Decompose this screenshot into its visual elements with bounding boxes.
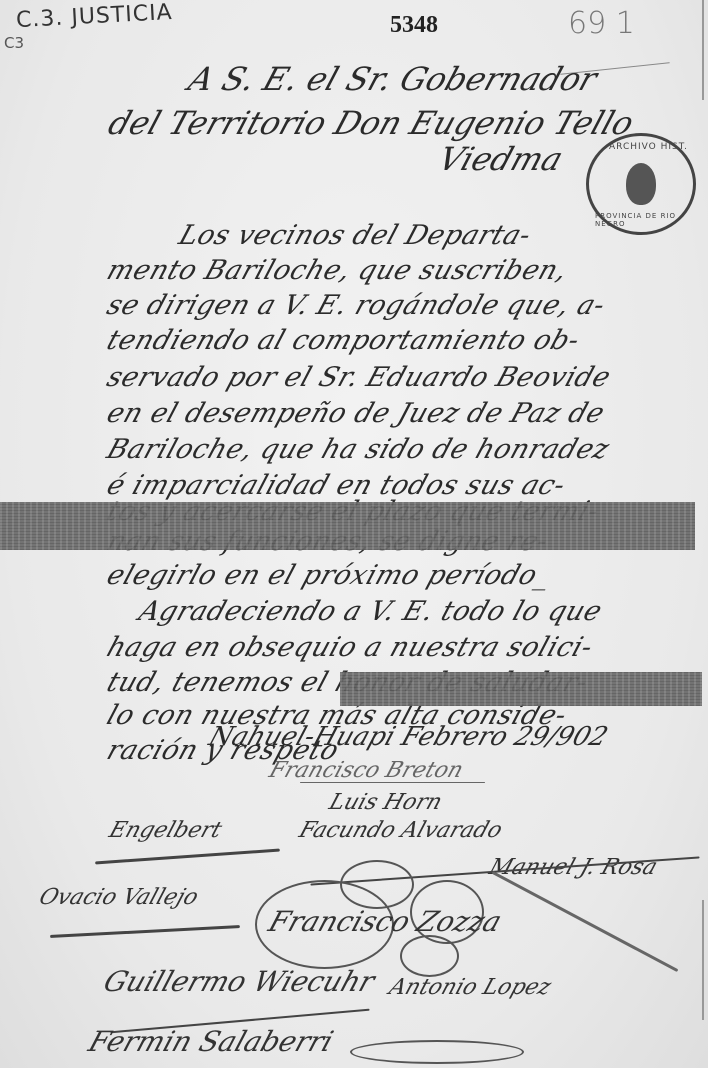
seal-top-text: ARCHIVO HIST. — [609, 142, 688, 152]
archive-category-label: C.3. JUSTICIA — [15, 0, 173, 33]
signature: Antonio Lopez — [386, 975, 554, 1000]
signature-flourish — [95, 849, 280, 865]
document-number: 5348 — [390, 12, 438, 39]
body-line: Agradeciendo a V. E. todo lo que — [135, 596, 606, 627]
signature: Luis Horn — [326, 790, 445, 815]
body-line: se dirigen a V. E. rogándole que, a- — [103, 290, 609, 321]
signature-flourish-loop — [340, 860, 414, 909]
body-line: tendiendo al comportamiento ob- — [103, 325, 584, 356]
signature: Engelbert — [106, 818, 225, 843]
signature: Francisco Zozza — [265, 905, 506, 938]
seal-emblem-icon — [626, 163, 656, 205]
signature-flourish — [50, 925, 240, 938]
signature: Guillermo Wiecuhr — [100, 965, 379, 998]
signature: Fermin Salaberri — [85, 1025, 338, 1058]
body-line: mento Bariloche, que suscriben, — [103, 255, 571, 286]
body-line: Los vecinos del Departa- — [175, 220, 535, 251]
signature: Ovacio Vallejo — [36, 885, 201, 910]
scan-smudge-band — [340, 672, 702, 706]
seal-bottom-text: PROVINCIA DE RIO NEGRO — [595, 212, 693, 228]
signature: Francisco Breton — [266, 758, 466, 783]
scan-smudge-band — [0, 502, 695, 550]
dateline: Nahuel-Huapi Febrero 29/902 — [205, 722, 611, 752]
address-line-2: del Territorio Don Eugenio Tello — [104, 104, 639, 142]
address-line-1: A S. E. el Sr. Gobernador — [184, 60, 602, 98]
signature-flourish-loop — [400, 935, 459, 977]
body-line: Bariloche, que ha sido de honradez — [103, 434, 613, 465]
page-edge-mark — [702, 0, 704, 100]
scanned-document-page: C.3. JUSTICIA C3 5348 69 1 ARCHIVO HIST.… — [0, 0, 708, 1068]
body-line: haga en obsequio a nuestra solici- — [103, 632, 597, 663]
signature-underline — [300, 782, 485, 783]
archive-seal: ARCHIVO HIST. PROVINCIA DE RIO NEGRO — [586, 133, 696, 235]
page-edge-mark — [702, 900, 704, 1020]
signature-flourish-arc — [492, 871, 679, 972]
address-line-3: Viedma — [434, 140, 568, 178]
body-line: servado por el Sr. Eduardo Beovide — [103, 362, 615, 393]
signature: Facundo Alvarado — [296, 818, 505, 843]
signature-flourish-loop — [350, 1040, 524, 1064]
archive-sub-label: C3 — [4, 34, 24, 52]
body-line: en el desempeño de Juez de Paz de — [103, 398, 609, 429]
body-line: elegirlo en el próximo período_ — [103, 560, 555, 591]
folio-number: 69 1 — [568, 6, 635, 41]
signature: Manuel J. Rosa — [486, 855, 660, 880]
